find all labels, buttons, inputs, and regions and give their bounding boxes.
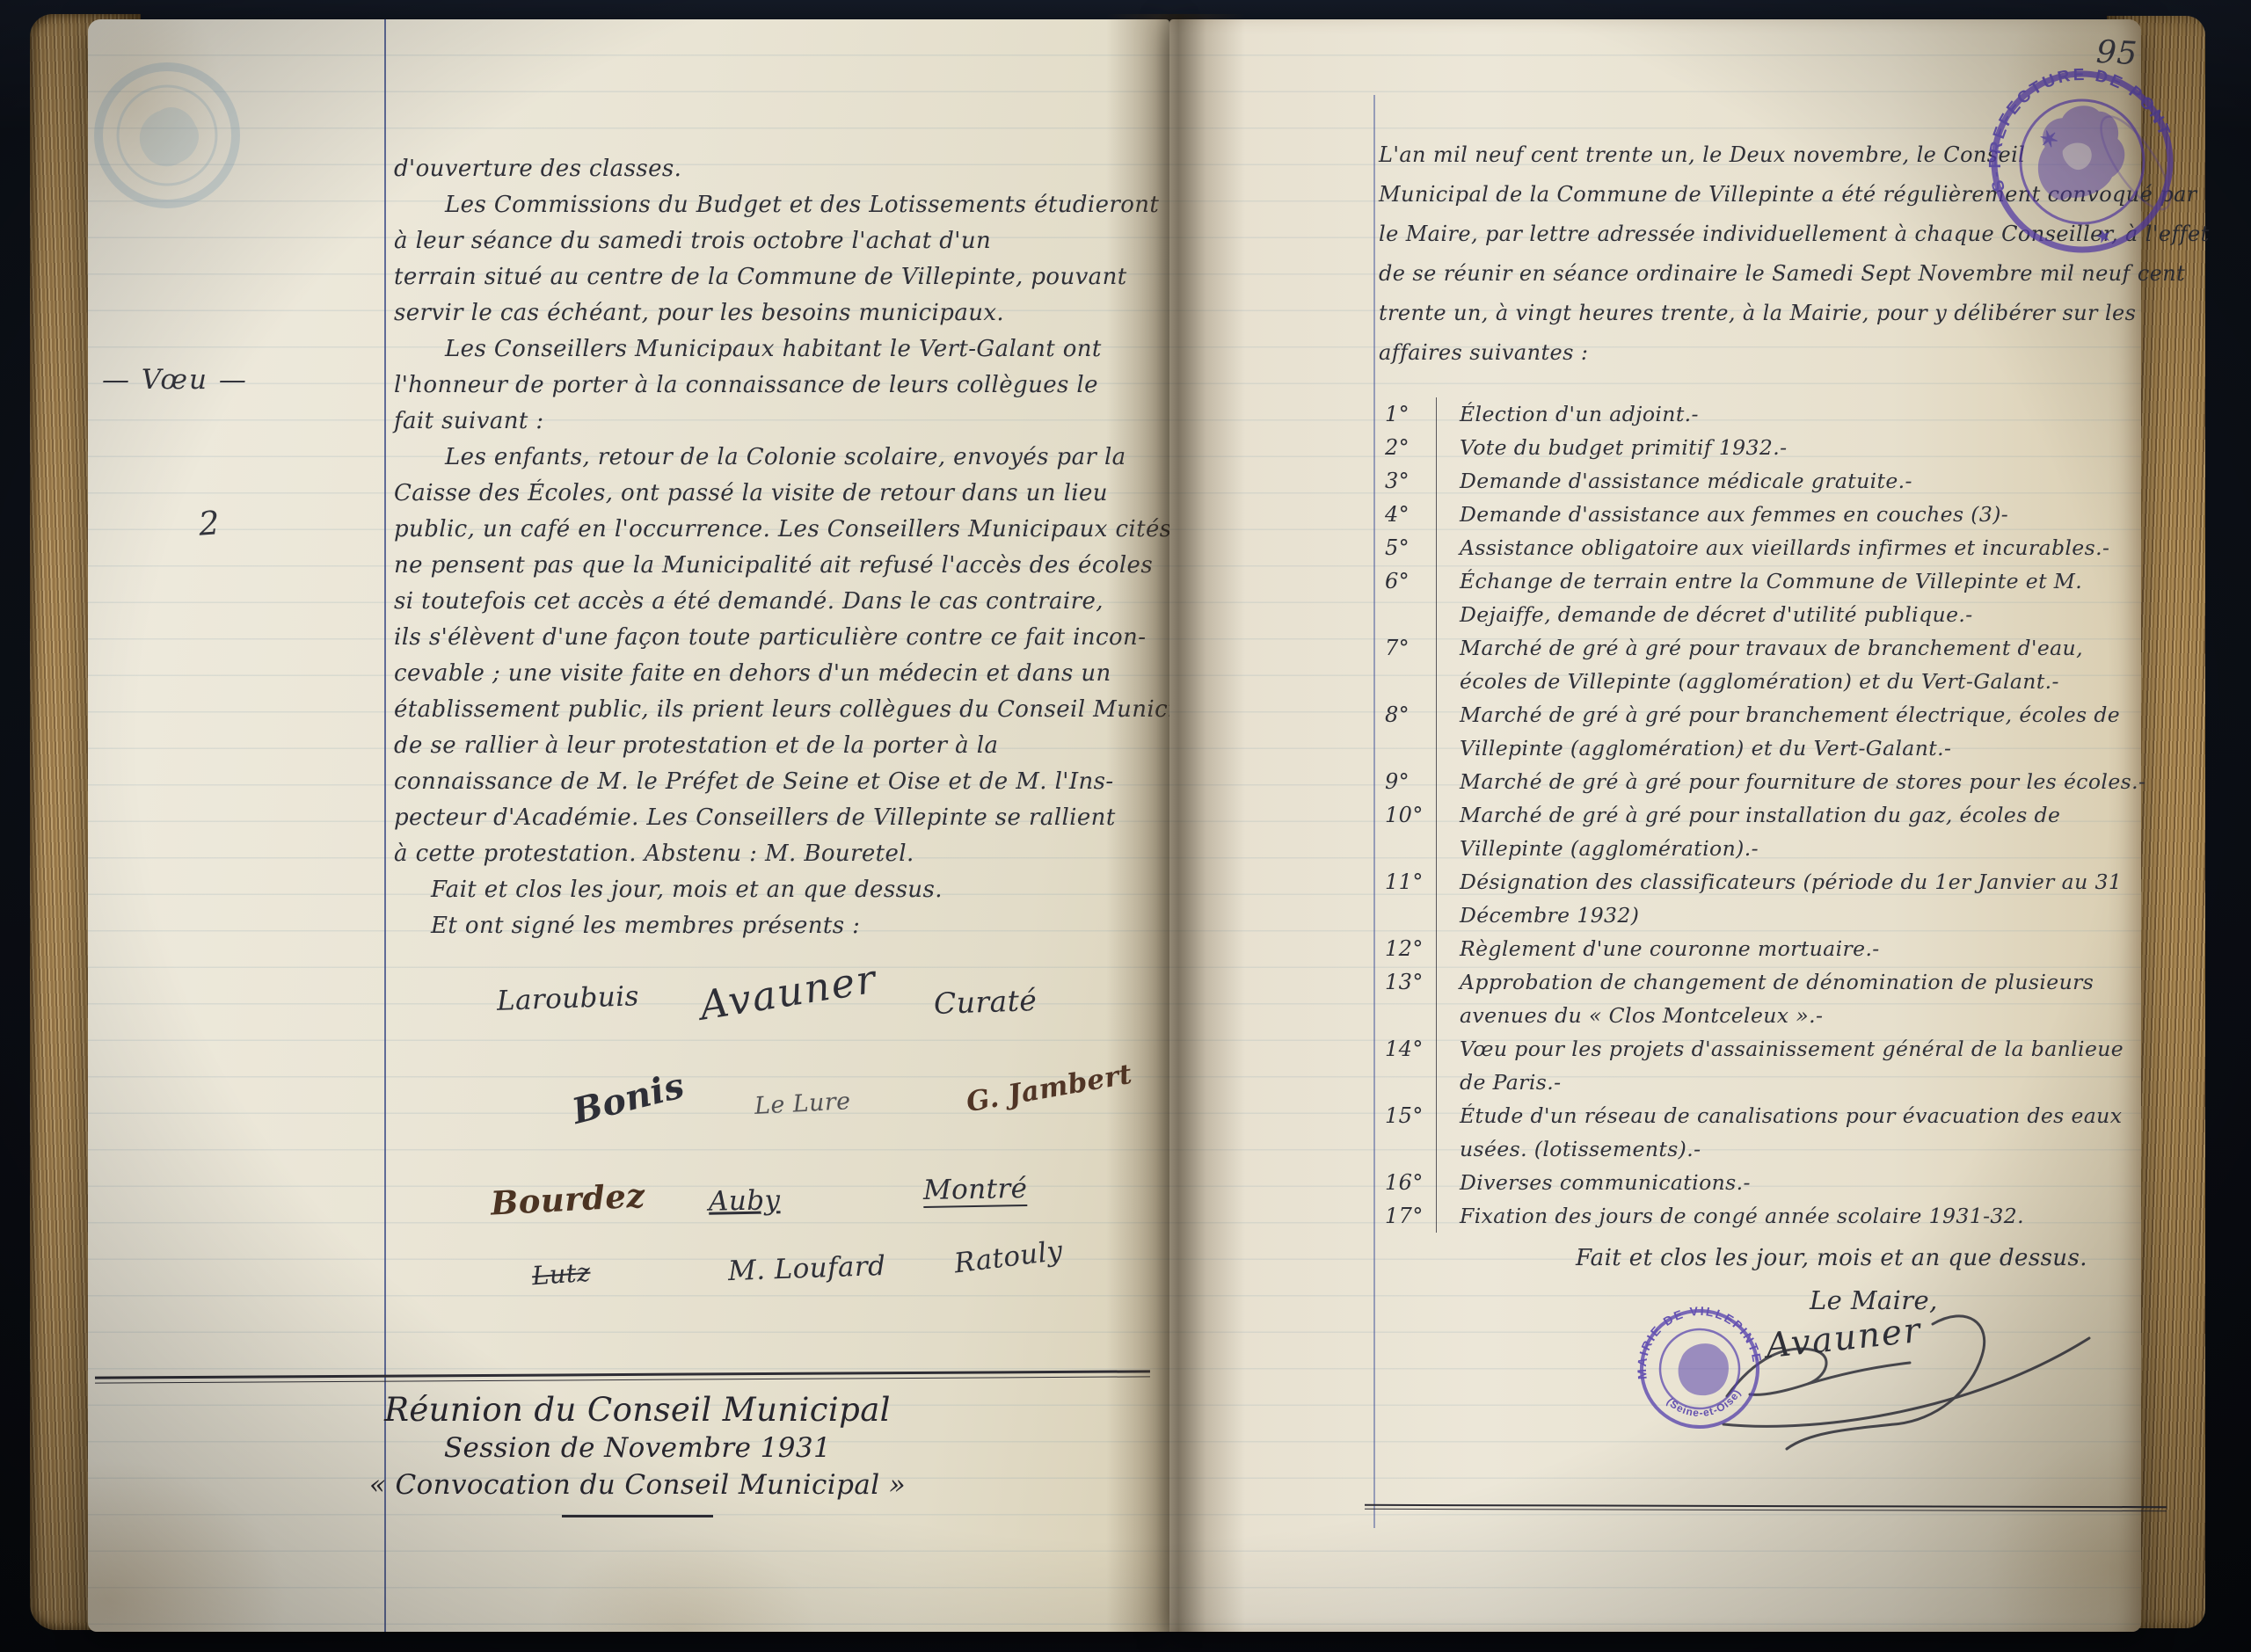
agenda-item-text: Fixation des jours de congé année scolai… bbox=[1436, 1199, 2146, 1233]
agenda-item: 14° Vœu pour les projets d'assainissemen… bbox=[1385, 1032, 2146, 1099]
agenda-item: 2° Vote du budget primitif 1932.- bbox=[1385, 431, 2146, 464]
agenda-item-number: 2° bbox=[1385, 431, 1436, 464]
agenda-item: 4° Demande d'assistance aux femmes en co… bbox=[1385, 498, 2146, 531]
signature: Bourdez bbox=[490, 1175, 646, 1222]
agenda-item: 15° Étude d'un réseau de canalisations p… bbox=[1385, 1099, 2146, 1166]
agenda-item-text: Vote du budget primitif 1932.- bbox=[1436, 431, 2146, 464]
signature: Auby bbox=[709, 1184, 781, 1217]
agenda-item-number: 17° bbox=[1385, 1199, 1436, 1233]
session-heading-subtitle: Session de Novembre 1931 bbox=[220, 1432, 1055, 1464]
agenda-item-number: 7° bbox=[1385, 631, 1436, 698]
manuscript-line: fait suivant : bbox=[394, 404, 1185, 440]
manuscript-line: terrain situé au centre de la Commune de… bbox=[394, 259, 1185, 295]
agenda-item-text: Règlement d'une couronne mortuaire.- bbox=[1436, 932, 2146, 965]
agenda-item-text: Demande d'assistance médicale gratuite.- bbox=[1436, 464, 2146, 498]
agenda-item-number: 9° bbox=[1385, 765, 1436, 798]
margin-note-voeu: — Vœu — bbox=[102, 364, 248, 396]
agenda-item-number: 13° bbox=[1385, 965, 1436, 1032]
signature: Montré bbox=[923, 1173, 1028, 1208]
signature-block: LaroubuisAvaunerCuratéBonisLe LureG. Jam… bbox=[396, 950, 1205, 1372]
section-divider-rule bbox=[95, 1370, 1150, 1383]
signature: Laroubuis bbox=[496, 980, 639, 1017]
session-heading-title: Réunion du Conseil Municipal bbox=[220, 1391, 1055, 1429]
agenda-item-text: Approbation de changement de dénominatio… bbox=[1436, 965, 2146, 1032]
agenda-item: 9° Marché de gré à gré pour fourniture d… bbox=[1385, 765, 2146, 798]
manuscript-line: cevable ; une visite faite en dehors d'u… bbox=[394, 656, 1185, 692]
agenda-item-number: 16° bbox=[1385, 1166, 1436, 1199]
manuscript-line: ne pensent pas que la Municipalité ait r… bbox=[394, 548, 1185, 584]
right-page: L'an mil neuf cent trente un, le Deux no… bbox=[1169, 19, 2141, 1632]
manuscript-line: Fait et clos les jour, mois et an que de… bbox=[394, 872, 1185, 908]
signature: M. Loufard bbox=[727, 1250, 885, 1287]
agenda-item-text: Diverses communications.- bbox=[1436, 1166, 2146, 1199]
signature: Avauner bbox=[696, 955, 880, 1029]
agenda-item: 3° Demande d'assistance médicale gratuit… bbox=[1385, 464, 2146, 498]
margin-note-number: 2 bbox=[198, 504, 222, 543]
manuscript-line: de se rallier à leur protestation et de … bbox=[394, 728, 1185, 764]
agenda-item-number: 15° bbox=[1385, 1099, 1436, 1166]
signature: Le Lure bbox=[754, 1088, 851, 1120]
agenda-item: 8° Marché de gré à gré pour branchement … bbox=[1385, 698, 2146, 765]
agenda-item: 6° Échange de terrain entre la Commune d… bbox=[1385, 564, 2146, 631]
session-heading: Réunion du Conseil Municipal Session de … bbox=[220, 1391, 1055, 1517]
manuscript-line: l'honneur de porter à la connaissance de… bbox=[394, 368, 1185, 404]
photo-backdrop: — Vœu — 2 d'ouverture des classes.Les Co… bbox=[0, 0, 2251, 1652]
agenda-item-text: Désignation des classificateurs (période… bbox=[1436, 865, 2146, 932]
agenda-item-text: Élection d'un adjoint.- bbox=[1436, 397, 2146, 431]
agenda-item-text: Marché de gré à gré pour installation du… bbox=[1436, 798, 2146, 865]
agenda-item-number: 11° bbox=[1385, 865, 1436, 932]
agenda-item-text: Marché de gré à gré pour travaux de bran… bbox=[1436, 631, 2146, 698]
manuscript-line: ils s'élèvent d'une façon toute particul… bbox=[394, 620, 1185, 656]
agenda-item-text: Étude d'un réseau de canalisations pour … bbox=[1436, 1099, 2146, 1166]
agenda-item-number: 5° bbox=[1385, 531, 1436, 564]
agenda-item-text: Échange de terrain entre la Commune de V… bbox=[1436, 564, 2146, 631]
manuscript-line: pecteur d'Académie. Les Conseillers de V… bbox=[394, 800, 1185, 836]
bottom-rule-right-page bbox=[1365, 1504, 2167, 1511]
manuscript-line: Caisse des Écoles, ont passé la visite d… bbox=[394, 476, 1185, 512]
manuscript-line: établissement public, ils prient leurs c… bbox=[394, 692, 1185, 728]
agenda-item-text: Demande d'assistance aux femmes en couch… bbox=[1436, 498, 2146, 531]
manuscript-line: Et ont signé les membres présents : bbox=[394, 908, 1185, 944]
agenda-list: 1° Élection d'un adjoint.- 2° Vote du bu… bbox=[1385, 397, 2146, 1233]
closing-line: Fait et clos les jour, mois et an que de… bbox=[1576, 1245, 2087, 1271]
agenda-item-number: 12° bbox=[1385, 932, 1436, 965]
manuscript-line: à leur séance du samedi trois octobre l'… bbox=[394, 223, 1185, 259]
manuscript-line: Les Conseillers Municipaux habitant le V… bbox=[394, 331, 1185, 368]
session-heading-convocation: « Convocation du Conseil Municipal » bbox=[220, 1469, 1055, 1501]
manuscript-line: affaires suivantes : bbox=[1379, 333, 2153, 373]
signature: Ratouly bbox=[952, 1235, 1064, 1280]
agenda-item: 12° Règlement d'une couronne mortuaire.- bbox=[1385, 932, 2146, 965]
agenda-item: 7° Marché de gré à gré pour travaux de b… bbox=[1385, 631, 2146, 698]
manuscript-line: trente un, à vingt heures trente, à la M… bbox=[1379, 294, 2153, 333]
agenda-item: 11° Désignation des classificateurs (pér… bbox=[1385, 865, 2146, 932]
agenda-item-number: 10° bbox=[1385, 798, 1436, 865]
agenda-item-number: 4° bbox=[1385, 498, 1436, 531]
folio-page-number: 95 bbox=[2095, 34, 2138, 72]
manuscript-line: d'ouverture des classes. bbox=[394, 151, 1185, 187]
agenda-item-number: 14° bbox=[1385, 1032, 1436, 1099]
agenda-item-number: 3° bbox=[1385, 464, 1436, 498]
manuscript-line: si toutefois cet accès a été demandé. Da… bbox=[394, 584, 1185, 620]
agenda-item-text: Marché de gré à gré pour fourniture de s… bbox=[1436, 765, 2146, 798]
agenda-item-text: Vœu pour les projets d'assainissement gé… bbox=[1436, 1032, 2146, 1099]
agenda-item-number: 1° bbox=[1385, 397, 1436, 431]
signature: Lutz bbox=[531, 1257, 592, 1292]
agenda-item-text: Marché de gré à gré pour branchement éle… bbox=[1436, 698, 2146, 765]
margin-rule-left-page bbox=[384, 19, 386, 1632]
margin-rule-right-page bbox=[1373, 95, 1375, 1528]
agenda-item-number: 6° bbox=[1385, 564, 1436, 631]
heading-underline bbox=[562, 1515, 713, 1517]
agenda-item-number: 8° bbox=[1385, 698, 1436, 765]
manuscript-line: Les Commissions du Budget et des Lotisse… bbox=[394, 187, 1185, 223]
signature: Bonis bbox=[568, 1065, 688, 1132]
manuscript-line: Les enfants, retour de la Colonie scolai… bbox=[394, 440, 1185, 476]
manuscript-line: public, un café en l'occurrence. Les Con… bbox=[394, 512, 1185, 548]
mairie-villepinte-stamp: MAIRIE DE VILLEPINTE (Seine-et-Oise) bbox=[1625, 1294, 1774, 1443]
agenda-item: 10° Marché de gré à gré pour installatio… bbox=[1385, 798, 2146, 865]
manuscript-body: d'ouverture des classes.Les Commissions … bbox=[394, 151, 1185, 944]
manuscript-line: connaissance de M. le Préfet de Seine et… bbox=[394, 764, 1185, 800]
agenda-item: 1° Élection d'un adjoint.- bbox=[1385, 397, 2146, 431]
agenda-item: 13° Approbation de changement de dénomin… bbox=[1385, 965, 2146, 1032]
manuscript-line: servir le cas échéant, pour les besoins … bbox=[394, 295, 1185, 331]
agenda-item-text: Assistance obligatoire aux vieillards in… bbox=[1436, 531, 2146, 564]
manuscript-line: à cette protestation. Abstenu : M. Boure… bbox=[394, 836, 1185, 872]
left-page: — Vœu — 2 d'ouverture des classes.Les Co… bbox=[88, 19, 1169, 1632]
agenda-item: 5° Assistance obligatoire aux vieillards… bbox=[1385, 531, 2146, 564]
faint-round-stamp bbox=[90, 58, 244, 213]
agenda-item: 16° Diverses communications.- bbox=[1385, 1166, 2146, 1199]
signature: Curaté bbox=[933, 983, 1037, 1021]
signature: G. Jambert bbox=[964, 1059, 1134, 1119]
agenda-item: 17° Fixation des jours de congé année sc… bbox=[1385, 1199, 2146, 1233]
